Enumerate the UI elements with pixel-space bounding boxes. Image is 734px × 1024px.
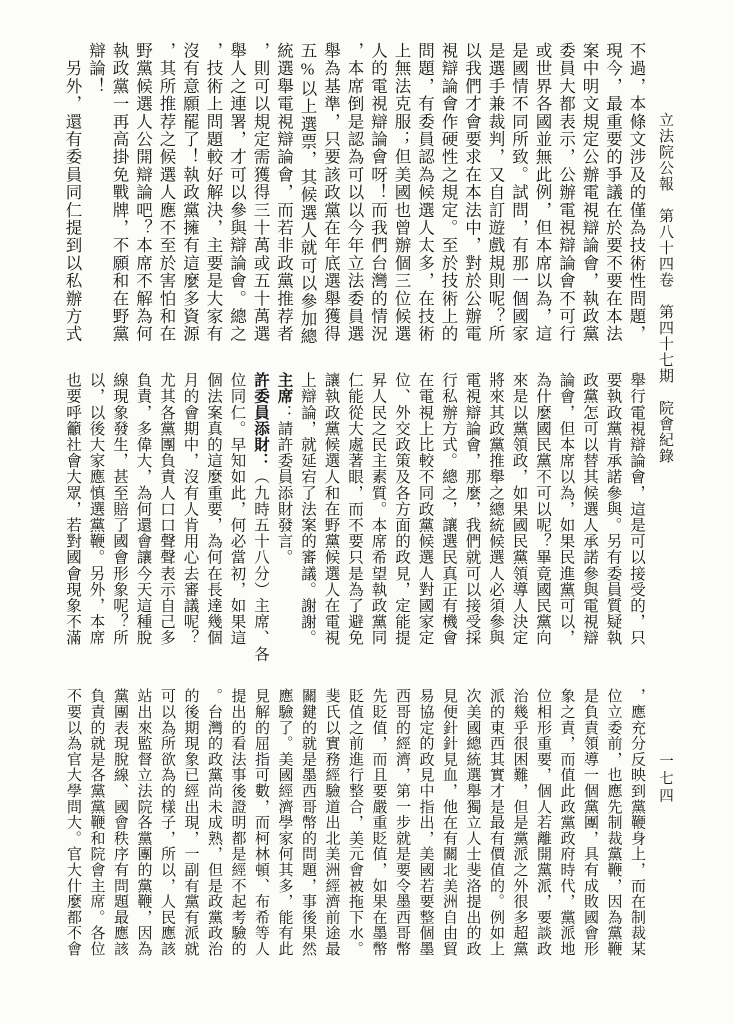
- text-column: 沒有意願罷了！執政黨擁有這麼多資源: [178, 42, 202, 360]
- text-column: 位相形重要，個人若離開黨派，要談政: [531, 688, 555, 956]
- text-column: 治幾乎很困難，但是黨派之外很多超黨: [507, 688, 531, 956]
- text-column: 為什麼國民黨不可以呢？畢竟國民黨向: [531, 372, 555, 652]
- text-column: 位同仁。早知如此，何必當初，如果這: [225, 372, 249, 652]
- text-column: 線現象發生，甚至賠了國會形象呢？所: [108, 372, 132, 652]
- text-column: 問題，有委員認為候選人太多，在技術: [413, 42, 437, 360]
- text-column: ，則可以規定需獲得三十萬或五十萬選: [249, 42, 273, 360]
- text-column: 是負責領導一個黨團，具有成敗國會形: [578, 688, 602, 956]
- text-column: 是選手兼裁判，又自訂遊戲規則呢？所: [484, 42, 508, 360]
- text-column: 的後期現象已經出現，一副有黨有派就: [178, 688, 202, 956]
- text-column: 主席：請許委員添財發言。: [272, 372, 296, 652]
- gazette-page: 立法院公報 第八十四卷 第四十七期 院會紀錄 一七四 不過，本條文涉及的僅為技術…: [0, 0, 734, 1024]
- journal-header: 立法院公報 第八十四卷 第四十七期 院會紀錄: [654, 112, 676, 464]
- text-column: 或世界各國並無此例，但本席以為，這: [531, 42, 555, 360]
- text-column: ，本席倒是認為可以以今年立法委員選: [343, 42, 367, 360]
- text-column: 站出來監督立法院各黨團的黨鞭，因為: [131, 688, 155, 956]
- text-column: 五%以上選票，其候選人就可以參加總: [296, 42, 320, 360]
- text-column: 許委員添財：（九時五十八分）主席、各: [249, 372, 273, 652]
- text-column: 負責的就是各黨黨鞭和院會主席。各位: [84, 688, 108, 956]
- text-column: 黨團表現脫線、國會秩序有問題最應該: [108, 688, 132, 956]
- text-column: 統選舉電視辯論會，而若非政黨推荐者: [272, 42, 296, 360]
- text-column: 現今，最重要的爭議在於要不要在本法: [601, 42, 625, 360]
- speaker-name: 許委員添財：: [252, 372, 269, 469]
- upper-text-band: 不過，本條文涉及的僅為技術性問題，現今，最重要的爭議在於要不要在本法案中明文規定…: [55, 42, 648, 360]
- text-column: 可以為所欲為的樣子，所以，人民應該: [155, 688, 179, 956]
- text-column: 電視辯論會，那麼，我們就可以接受採: [460, 372, 484, 652]
- text-column: 尤其各黨團負責人口口聲聲表示自己多: [155, 372, 179, 652]
- text-column: 上辯論，就延宕了法案的審議。謝謝。: [296, 372, 320, 652]
- text-column: 貶值之前進行整合，美元會被拖下水。: [343, 688, 367, 956]
- text-column: 上無法克服；但美國也曾辦個三位候選: [390, 42, 414, 360]
- text-column: 。台灣的政黨尚未成熟，但是政黨政治: [202, 688, 226, 956]
- text-column: 派的東西其實才是最有價值的。例如上: [484, 688, 508, 956]
- text-column: ，應充分反映到黨鞭身上，而在制裁某: [625, 688, 649, 956]
- text-column: ，其所推荐之候選人應不至於害怕和在: [155, 42, 179, 360]
- lower-text-band: ，應充分反映到黨鞭身上，而在制裁某位立委前，也應先制裁黨鞭，因為黨鞭是負責領導一…: [55, 688, 648, 956]
- text-column: 個法案真的這麼重要，為何在長達幾個: [202, 372, 226, 652]
- middle-text-band: 舉行電視辯論會，這是可以接受的，只要執政黨肯承諾參與。另有委員質疑執政黨怎可以替…: [55, 372, 648, 652]
- text-column: 委員大都表示，公辦電視辯論會不可行: [554, 42, 578, 360]
- text-column: 不要以為官大學問大。官大什麼都不會: [61, 688, 85, 956]
- text-column: 次美國總統選舉獨立人士斐洛提出的政: [460, 688, 484, 956]
- text-column: 負責，多偉大，為何還會讓今天這種脫: [131, 372, 155, 652]
- text-column: 案中明文規定公辦電視辯論會，執政黨: [578, 42, 602, 360]
- text-column: 位立委前，也應先制裁黨鞭，因為黨鞭: [601, 688, 625, 956]
- text-column: 應驗了。美國經濟學家何其多，能有此: [272, 688, 296, 956]
- text-column: 仁能從大處著眼，而不要只是為了避免: [343, 372, 367, 652]
- text-column: 野黨候選人公開辯論吧？本席不解為何: [131, 42, 155, 360]
- text-column: 在電視上比較不同政黨候選人對國家定: [413, 372, 437, 652]
- text-column: ，技術上問題較好解決，主要是大家有: [202, 42, 226, 360]
- speaker-name: 主席: [276, 372, 293, 404]
- text-column: 執政黨一再高掛免戰牌，不願和在野黨: [108, 42, 132, 360]
- text-column: 見便針針見血，他在有關北美洲自由貿: [437, 688, 461, 956]
- text-column: 先貶值，而且要嚴重貶值，如果在墨幣: [366, 688, 390, 956]
- text-column: 政黨怎可以替其候選人承諾參與電視辯: [578, 372, 602, 652]
- text-column: 斐氏以實務經驗道出北美洲經濟前途最: [319, 688, 343, 956]
- text-column: 西哥的經濟，第一步就是要令墨西哥幣: [390, 688, 414, 956]
- text-column: 舉為基準，只要該政黨在年底選舉獲得: [319, 42, 343, 360]
- text-column: 也要呼籲社會大眾，若對國會現象不滿: [61, 372, 85, 652]
- text-column: 見解的屈指可數，而柯林頓、布希等人: [249, 688, 273, 956]
- text-column: 以，以後大家應慎選黨鞭。另外，本席: [84, 372, 108, 652]
- text-column: 昇人民之民主素質。本席希望執政黨同: [366, 372, 390, 652]
- text-column: 來是以黨領政，如果國民黨領導人決定: [507, 372, 531, 652]
- text-column: 易協定的政見中指出，美國若要整個墨: [413, 688, 437, 956]
- page-number: 一七四: [654, 753, 676, 806]
- text-column: 將來其政黨推舉之總統候選人必須參與: [484, 372, 508, 652]
- text-column: 辯論！: [84, 42, 108, 360]
- text-column: 關鍵的就是墨西哥幣的問題，事後果然: [296, 688, 320, 956]
- text-column: 視辯論會作硬性之規定。至於技術上的: [437, 42, 461, 360]
- text-column: 行私辦方式。總之，讓選民真正有機會: [437, 372, 461, 652]
- text-column: 要執政黨肯承諾參與。另有委員質疑執: [601, 372, 625, 652]
- text-column: 以我們才會要求在本法中，對於公辦電: [460, 42, 484, 360]
- text-column: 舉行電視辯論會，這是可以接受的，只: [625, 372, 649, 652]
- text-column: 位、外交政策及各方面的政見，定能提: [390, 372, 414, 652]
- text-column: 讓執政黨候選人和在野黨候選人在電視: [319, 372, 343, 652]
- text-column: 人的電視辯論會呀！而我們台灣的情況: [366, 42, 390, 360]
- text-column: 是國情不同所致。試問，有那一個國家: [507, 42, 531, 360]
- text-column: 另外，還有委員同仁提到以私辦方式: [61, 42, 85, 360]
- text-column: 提出的看法事後證明都是經不起考驗的: [225, 688, 249, 956]
- text-column: 月的會期中，沒有人肯用心去審議呢？: [178, 372, 202, 652]
- text-column: 象之責，而值此政黨政府時代，黨派地: [554, 688, 578, 956]
- text-column: 舉人之連署，才可以參與辯論會。總之: [225, 42, 249, 360]
- text-column: 不過，本條文涉及的僅為技術性問題，: [625, 42, 649, 360]
- text-column: 論會，但本席以為，如果民進黨可以，: [554, 372, 578, 652]
